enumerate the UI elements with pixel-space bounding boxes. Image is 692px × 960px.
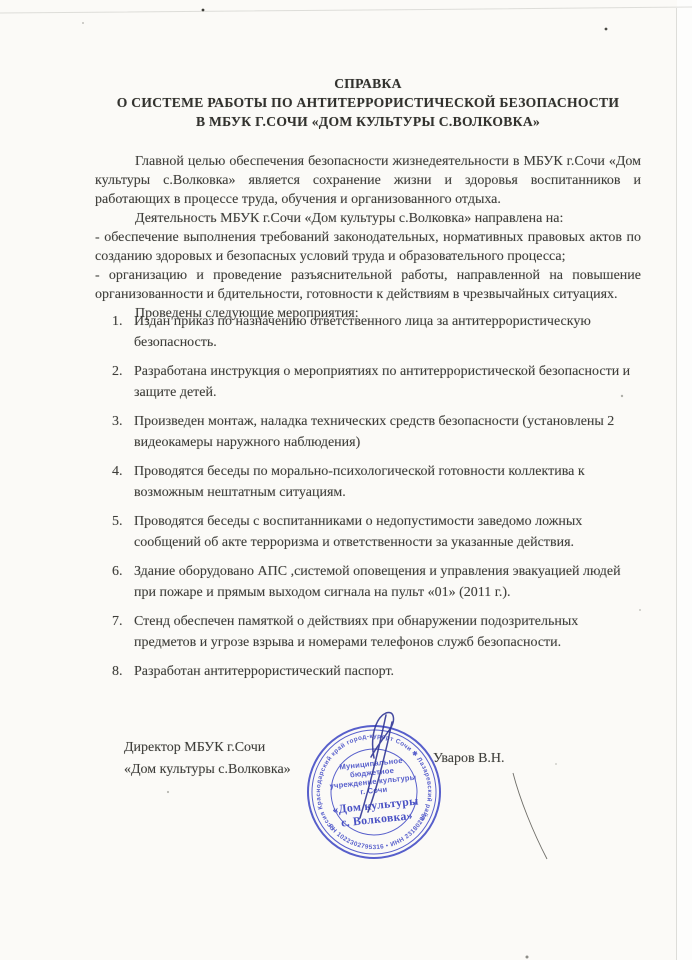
- list-item: 1. Издан приказ по назначению ответствен…: [112, 312, 639, 353]
- list-item-text: Стенд обеспечен памяткой о действиях при…: [134, 612, 639, 653]
- document-title: СПРАВКА О СИСТЕМЕ РАБОТЫ ПО АНТИТЕРРОРИС…: [95, 74, 641, 131]
- list-item-text: Разработана инструкция о мероприятиях по…: [134, 362, 639, 403]
- paragraph: Главной целью обеспечения безопасности ж…: [95, 152, 641, 209]
- list-item-number: 4.: [112, 462, 134, 503]
- list-item-text: Проводятся беседы по морально-психологич…: [134, 462, 639, 503]
- title-line-1: СПРАВКА: [95, 74, 641, 93]
- list-item-number: 6.: [112, 562, 134, 603]
- paragraph: - обеспечение выполнения требований зако…: [95, 228, 641, 266]
- document-body: Главной целью обеспечения безопасности ж…: [95, 152, 641, 323]
- paragraph: Деятельность МБУК г.Сочи «Дом культуры с…: [95, 209, 641, 228]
- list-item: 4. Проводятся беседы по морально-психоло…: [112, 462, 639, 503]
- scanned-document-page: СПРАВКА О СИСТЕМЕ РАБОТЫ ПО АНТИТЕРРОРИС…: [0, 0, 692, 960]
- official-round-stamp: Россия Краснодарский край город-курорт С…: [296, 714, 452, 870]
- title-line-2: О СИСТЕМЕ РАБОТЫ ПО АНТИТЕРРОРИСТИЧЕСКОЙ…: [95, 93, 641, 112]
- list-item: 2. Разработана инструкция о мероприятиях…: [112, 362, 639, 403]
- list-item-number: 5.: [112, 512, 134, 553]
- list-item-text: Здание оборудовано АПС ,системой оповеще…: [134, 562, 639, 603]
- list-item: 6. Здание оборудовано АПС ,системой опов…: [112, 562, 639, 603]
- stamp-center-line: г. Сочи: [360, 785, 388, 797]
- list-item-text: Разработан антитеррористический паспорт.: [134, 662, 639, 683]
- scan-hairline-artifact: [513, 773, 547, 859]
- signature-title-block: Директор МБУК г.Сочи «Дом культуры с.Вол…: [124, 737, 291, 781]
- list-item: 5. Проводятся беседы с воспитанниками о …: [112, 512, 639, 553]
- list-item-number: 7.: [112, 612, 134, 653]
- scan-top-edge-line: [0, 7, 692, 13]
- signer-position-line-2: «Дом культуры с.Волковка»: [124, 759, 291, 781]
- list-item-text: Издан приказ по назначению ответственног…: [134, 312, 639, 353]
- list-item-text: Проводятся беседы с воспитанниками о нед…: [134, 512, 639, 553]
- list-item-number: 1.: [112, 312, 134, 353]
- measures-list: 1. Издан приказ по назначению ответствен…: [112, 312, 639, 692]
- paragraph: - организацию и проведение разъяснительн…: [95, 266, 641, 304]
- list-item-number: 8.: [112, 662, 134, 683]
- signer-position-line-1: Директор МБУК г.Сочи: [124, 737, 291, 759]
- list-item: 7. Стенд обеспечен памяткой о действиях …: [112, 612, 639, 653]
- signer-name: Уваров В.Н.: [433, 751, 505, 767]
- title-line-3: В МБУК Г.СОЧИ «ДОМ КУЛЬТУРЫ С.ВОЛКОВКА»: [95, 112, 641, 131]
- list-item-number: 2.: [112, 362, 134, 403]
- list-item: 8. Разработан антитеррористический паспо…: [112, 662, 639, 683]
- list-item: 3. Произведен монтаж, наладка технически…: [112, 412, 639, 453]
- scan-right-edge-strip: [677, 0, 692, 960]
- list-item-number: 3.: [112, 412, 134, 453]
- list-item-text: Произведен монтаж, наладка технических с…: [134, 412, 639, 453]
